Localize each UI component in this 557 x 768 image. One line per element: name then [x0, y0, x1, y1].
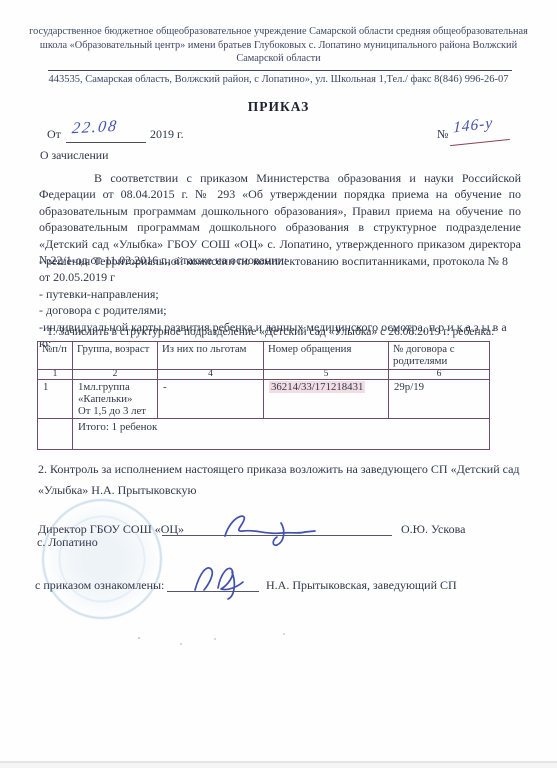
org-name-line: государственное бюджетное общеобразовате… — [0, 25, 557, 39]
cell-application-number: 36214/33/171218431 — [264, 380, 389, 419]
col-header-contract: № договора с родителями — [389, 342, 490, 370]
director-signature-icon — [215, 506, 335, 548]
date-underline — [66, 142, 146, 143]
header-divider — [48, 70, 512, 71]
director-name: О.Ю. Ускова — [401, 522, 465, 537]
column-number: 6 — [389, 370, 490, 380]
col-header-application: Номер обращения — [264, 342, 389, 370]
table-row: 1 1мл.группа «Капельки» От 1,5 до 3 лет … — [38, 380, 490, 419]
column-number: 5 — [264, 370, 389, 380]
column-number: 2 — [73, 370, 158, 380]
cell-privileges: - — [158, 380, 264, 419]
handwritten-order-number: 146-у — [453, 114, 493, 137]
paper-bottom-shadow — [0, 763, 557, 768]
director-place: с. Лопатино — [37, 535, 98, 550]
column-number-row: 1 2 4 5 6 — [38, 370, 490, 380]
total-empty-cell — [38, 419, 73, 450]
number-underline — [450, 139, 510, 146]
cell-contract-number: 29р/19 — [389, 380, 490, 419]
page-title: ПРИКАЗ — [0, 99, 557, 115]
basis-item: - договора с родителями; — [39, 302, 521, 318]
number-prefix: № — [437, 127, 448, 142]
handwritten-date: 22.08 — [71, 118, 119, 139]
column-number: 4 — [158, 370, 264, 380]
col-header-num: №п/п — [38, 342, 73, 370]
col-header-privileges: Из них по льготам — [158, 342, 264, 370]
total-cell: Итого: 1 ребенок — [73, 419, 490, 450]
enrollment-table: №п/п Группа, возраст Из них по льготам Н… — [37, 341, 490, 450]
control-clause: 2. Контроль за исполнением настоящего пр… — [38, 459, 543, 501]
cell-row-num: 1 — [38, 380, 73, 419]
org-name-line: школа «Образовательный центр» имени брат… — [0, 39, 557, 53]
table-total-row: Итого: 1 ребенок — [38, 419, 490, 450]
basis-item: - путевки-направления; — [39, 286, 521, 302]
org-name-line: Самарской области — [0, 52, 557, 66]
paper-specks — [138, 637, 140, 639]
subject-line: О зачислении — [40, 148, 108, 163]
acknowledgement-signature-icon — [185, 558, 257, 602]
enroll-clause: 1. Зачислить в структурное подразделение… — [39, 325, 557, 338]
org-address: 443535, Самарская область, Волжский райо… — [0, 74, 557, 85]
col-header-group: Группа, возраст — [73, 342, 158, 370]
org-name: государственное бюджетное общеобразовате… — [0, 25, 557, 66]
date-prefix: От — [47, 127, 61, 142]
column-number: 1 — [38, 370, 73, 380]
cell-group: 1мл.группа «Капельки» От 1,5 до 3 лет — [73, 380, 158, 419]
acknowledgement-name: Н.А. Прытыковская, заведующий СП — [266, 578, 457, 593]
highlighted-application-number: 36214/33/171218431 — [269, 381, 365, 393]
basis-item: - решения Территориальной комиссии по ко… — [39, 253, 521, 286]
acknowledgement-label: с приказом ознакомлены: — [35, 578, 164, 593]
order-meta-row: От 22.08 2019 г. № 146-у — [0, 121, 557, 151]
date-suffix: 2019 г. — [150, 127, 184, 142]
table-header-row: №п/п Группа, возраст Из них по льготам Н… — [38, 342, 490, 370]
acknowledgement-row: с приказом ознакомлены: Н.А. Прытыковска… — [0, 572, 557, 602]
